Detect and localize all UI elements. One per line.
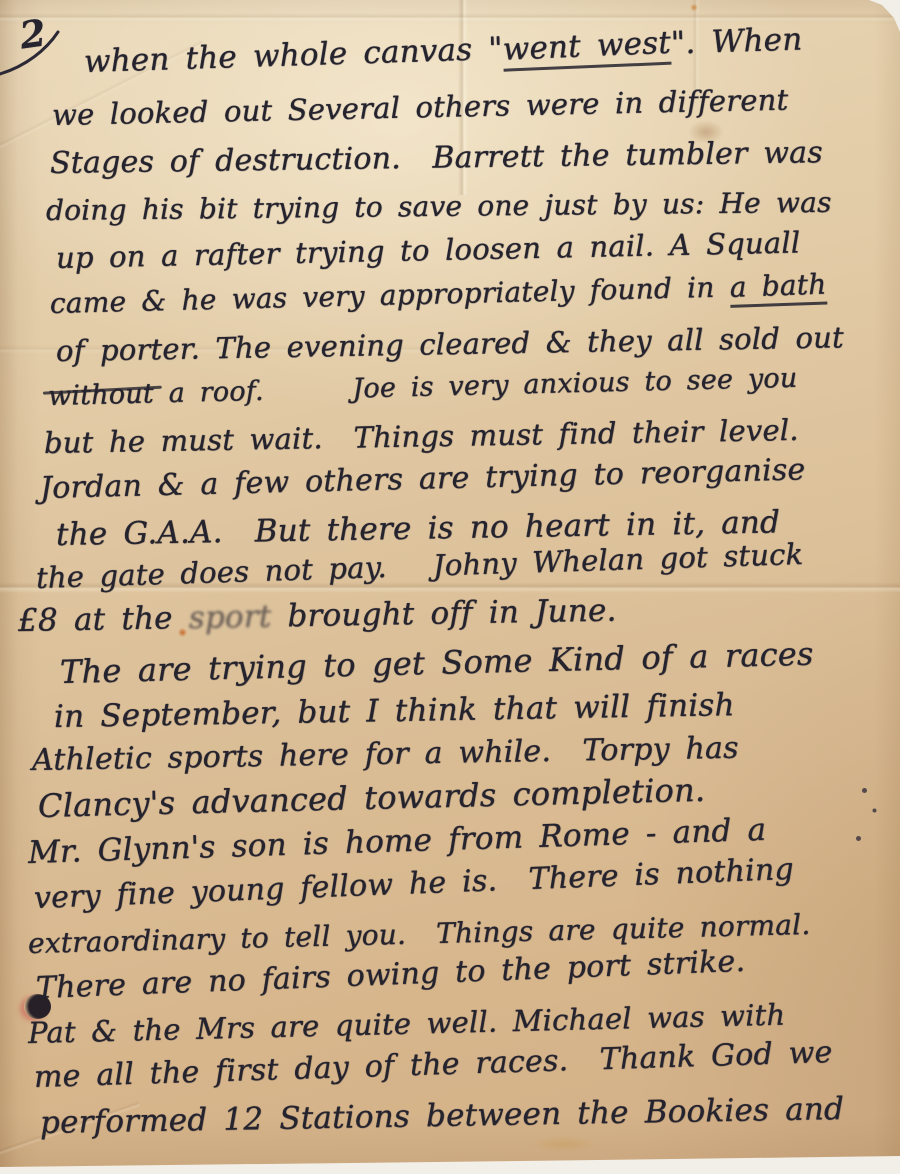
marked-phrase: without bbox=[48, 378, 155, 412]
handwriting-line: Jordan & a few others are trying to reor… bbox=[40, 452, 806, 506]
handwriting-line: of porter. The evening cleared & they al… bbox=[56, 320, 844, 368]
handwriting-lines: when the whole canvas "went west". Whenw… bbox=[0, 0, 900, 1174]
handwriting-line: Athletic sports here for a while. Torpy … bbox=[32, 731, 739, 778]
handwriting-line: when the whole canvas "went west". When bbox=[83, 21, 803, 84]
handwriting-line: doing his bit trying to save one just by… bbox=[46, 186, 832, 227]
marked-phrase: sport bbox=[188, 599, 271, 636]
handwriting-line: we looked out Several others were in dif… bbox=[52, 83, 789, 132]
marked-phrase: a bath bbox=[729, 268, 827, 308]
letter-page: 2 when the whole canvas "went west". Whe… bbox=[0, 0, 900, 1174]
marked-phrase: went west bbox=[502, 25, 672, 72]
handwriting-line: £8 at the sport brought off in June. bbox=[18, 593, 617, 639]
handwriting-line: but he must wait. Things must find their… bbox=[44, 413, 799, 460]
handwriting-line: Stages of destruction. Barrett the tumbl… bbox=[50, 135, 823, 181]
handwriting-line: came & he was very appropriately found i… bbox=[50, 268, 827, 324]
handwriting-line: without a roof. Joe is very anxious to s… bbox=[48, 363, 798, 412]
handwriting-line: in September, but I think that will fini… bbox=[54, 687, 735, 735]
handwriting-line: The are trying to get Some Kind of a rac… bbox=[60, 635, 814, 691]
handwriting-line: up on a rafter trying to loosen a nail. … bbox=[56, 225, 801, 275]
handwriting-line: performed 12 Stations between the Bookie… bbox=[40, 1091, 845, 1141]
